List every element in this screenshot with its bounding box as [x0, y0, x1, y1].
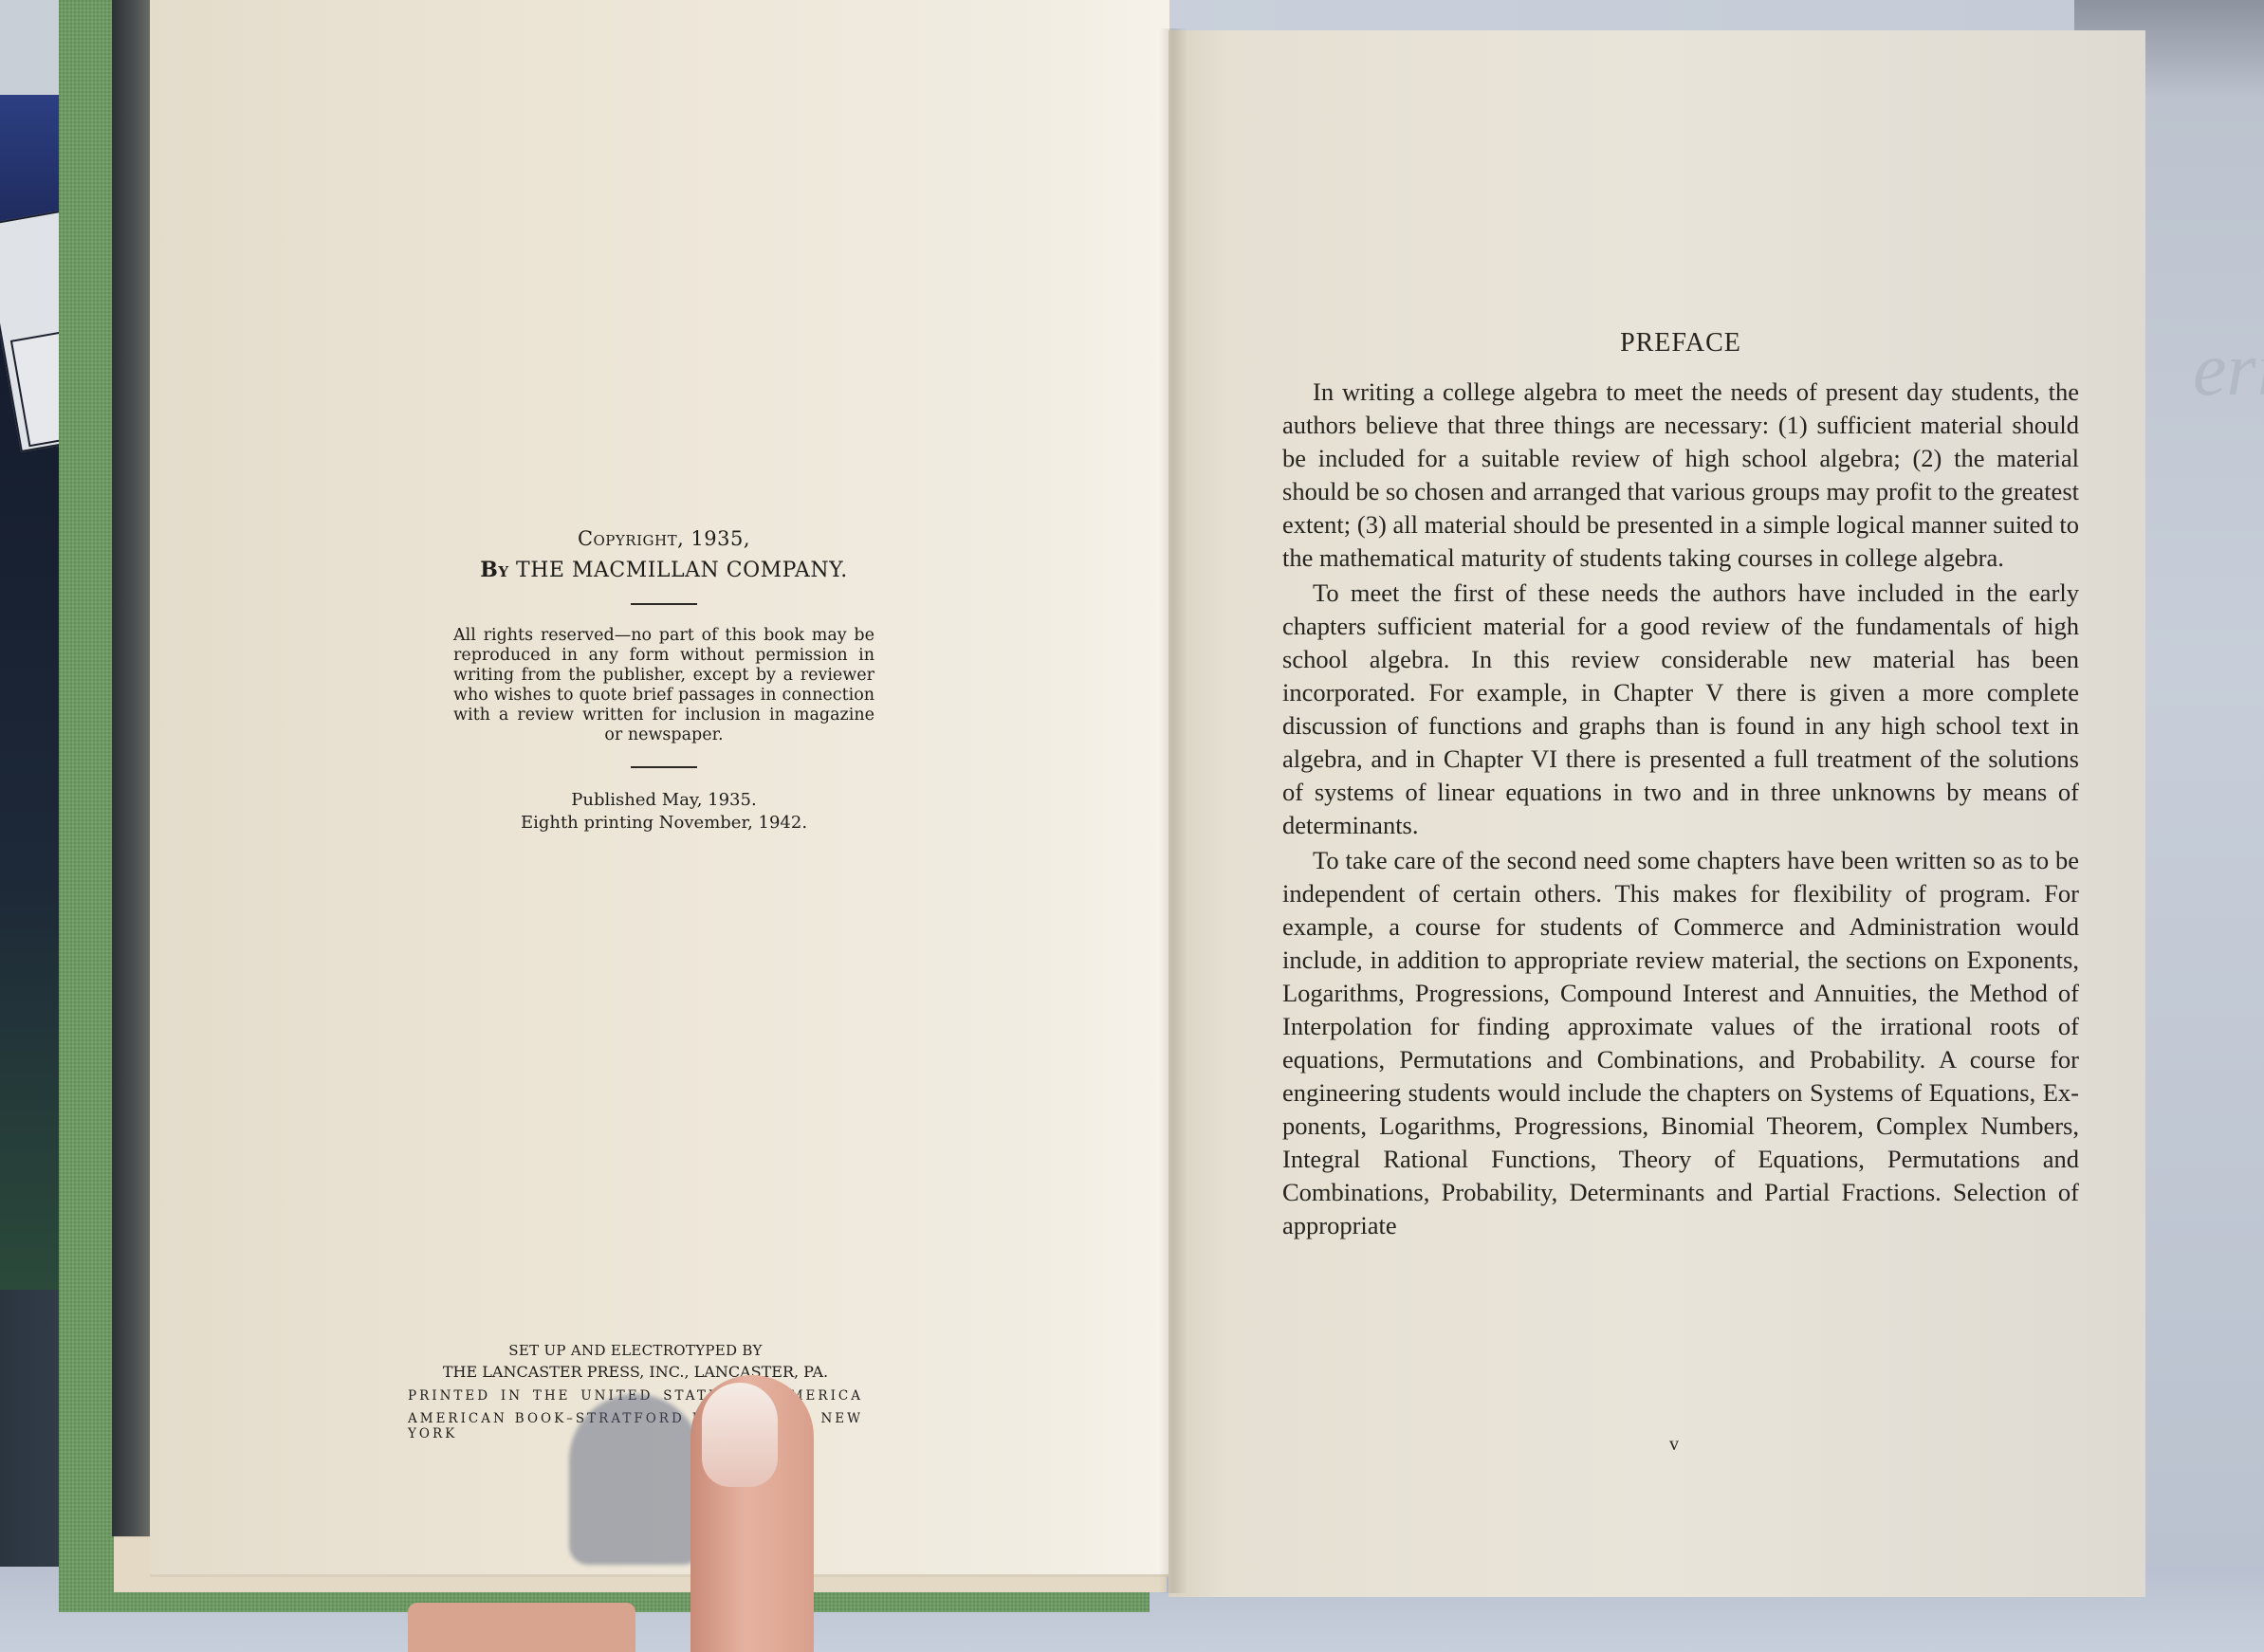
publisher-name: THE MACMILLAN COMPANY.	[516, 559, 848, 582]
publisher-prefix: By	[480, 558, 508, 582]
divider-rule	[631, 766, 697, 768]
hand-fingers	[408, 1603, 635, 1652]
rights-notice: All rights reserved—no part of this book…	[446, 626, 882, 745]
printer-line-1: SET UP AND ELECTROTYPED BY	[408, 1342, 863, 1359]
finger-shadow	[569, 1394, 702, 1565]
copyright-line: Copyright, 1935,	[446, 527, 882, 550]
printing-date: Eighth printing November, 1942.	[446, 812, 882, 835]
gutter-shadow	[1159, 28, 1187, 1593]
preface-paragraph: To meet the first of these needs the aut…	[1282, 577, 2079, 842]
divider-rule	[631, 603, 697, 605]
fingernail	[702, 1383, 778, 1487]
publisher-line: By THE MACMILLAN COMPANY.	[446, 558, 882, 582]
published-date: Published May, 1935.	[446, 789, 882, 812]
copyright-block: Copyright, 1935, By THE MACMILLAN COMPAN…	[446, 527, 882, 835]
background-embossed-text: eri	[2193, 313, 2264, 427]
photo-scene: eri Copyright, 1935, By THE MACMILLAN CO…	[0, 0, 2264, 1652]
page-number: v	[1669, 1434, 1679, 1456]
preface-title: PREFACE	[1282, 328, 2079, 358]
book-spine-edge	[112, 0, 150, 1536]
preface-paragraph: In writing a college algebra to meet the…	[1282, 376, 2079, 575]
preface-section: PREFACE In writing a college algebra to …	[1282, 328, 2079, 1244]
preface-paragraph: To take care of the second need some cha…	[1282, 844, 2079, 1242]
printer-line-2: THE LANCASTER PRESS, INC., LANCASTER, PA…	[408, 1363, 863, 1381]
